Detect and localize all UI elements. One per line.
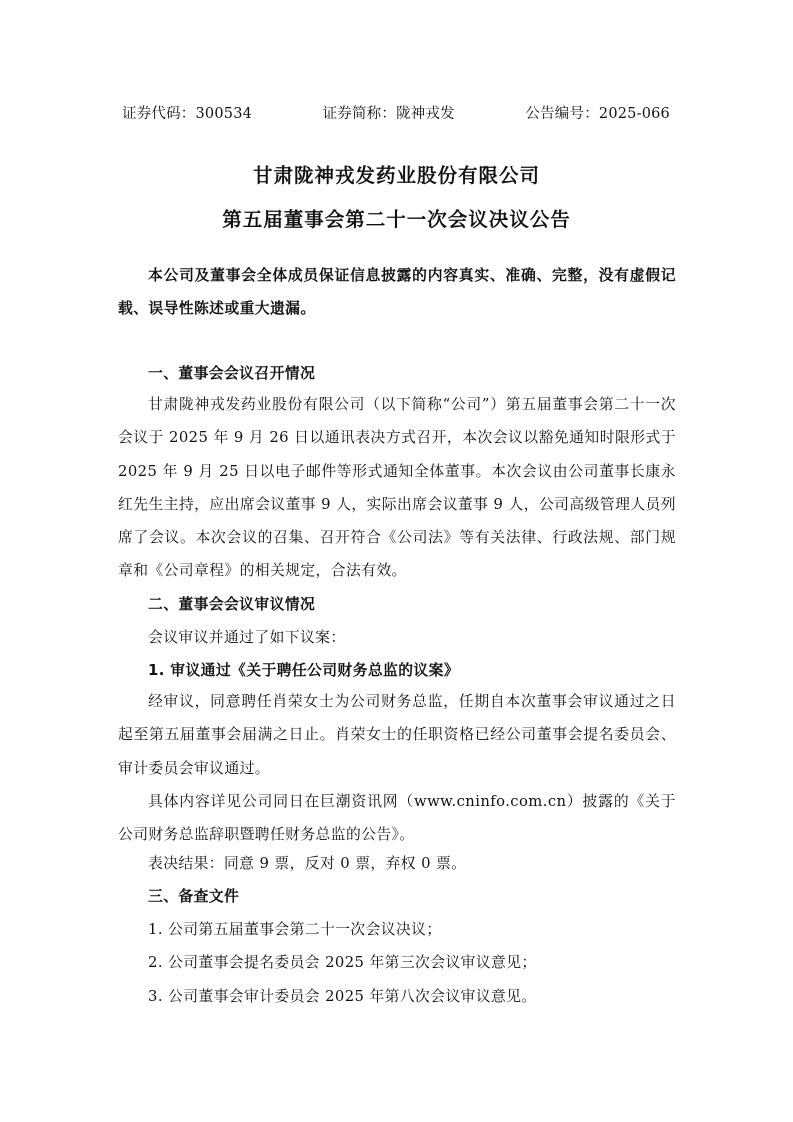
vote-result: 表决结果：同意 9 票，反对 0 票，弃权 0 票。 — [148, 852, 466, 873]
stock-code: 证券代码：300534 — [122, 102, 252, 123]
notice-number: 公告编号：2025-066 — [525, 102, 670, 123]
section-1-body: 甘肃陇神戎发药业股份有限公司（以下简称“公司”）第五届董事会第二十一次会议于 2… — [118, 388, 676, 588]
section-1-heading: 一、董事会会议召开情况 — [148, 362, 315, 383]
motion-1-details: 具体内容详见公司同日在巨潮资讯网（www.cninfo.com.cn）披露的《关… — [118, 785, 676, 852]
company-name-title: 甘肃陇神戎发药业股份有限公司 — [0, 160, 793, 188]
disclosure-statement: 本公司及董事会全体成员保证信息披露的内容真实、准确、完整，没有虚假记载、误导性陈… — [118, 259, 676, 326]
section-3-heading: 三、备查文件 — [148, 885, 239, 906]
motion-1-body: 经审议，同意聘任肖荣女士为公司财务总监，任期自本次董事会审议通过之日起至第五届董… — [118, 685, 676, 785]
announcement-title: 第五届董事会第二十一次会议决议公告 — [0, 204, 793, 232]
reference-doc-2: 2. 公司董事会提名委员会 2025 年第三次会议审议意见； — [148, 951, 537, 972]
section-2-intro: 会议审议并通过了如下议案： — [148, 626, 346, 647]
stock-abbreviation: 证券简称：陇神戎发 — [323, 102, 455, 123]
document-header: 证券代码：300534 证券简称：陇神戎发 公告编号：2025-066 — [122, 102, 670, 123]
reference-doc-3: 3. 公司董事会审计委员会 2025 年第八次会议审议意见。 — [148, 985, 537, 1006]
reference-doc-1: 1. 公司第五届董事会第二十一次会议决议； — [148, 918, 442, 939]
document-page: 证券代码：300534 证券简称：陇神戎发 公告编号：2025-066 甘肃陇神… — [0, 0, 793, 1122]
motion-1-title: 1. 审议通过《关于聘任公司财务总监的议案》 — [148, 659, 459, 680]
section-2-heading: 二、董事会会议审议情况 — [148, 593, 315, 614]
